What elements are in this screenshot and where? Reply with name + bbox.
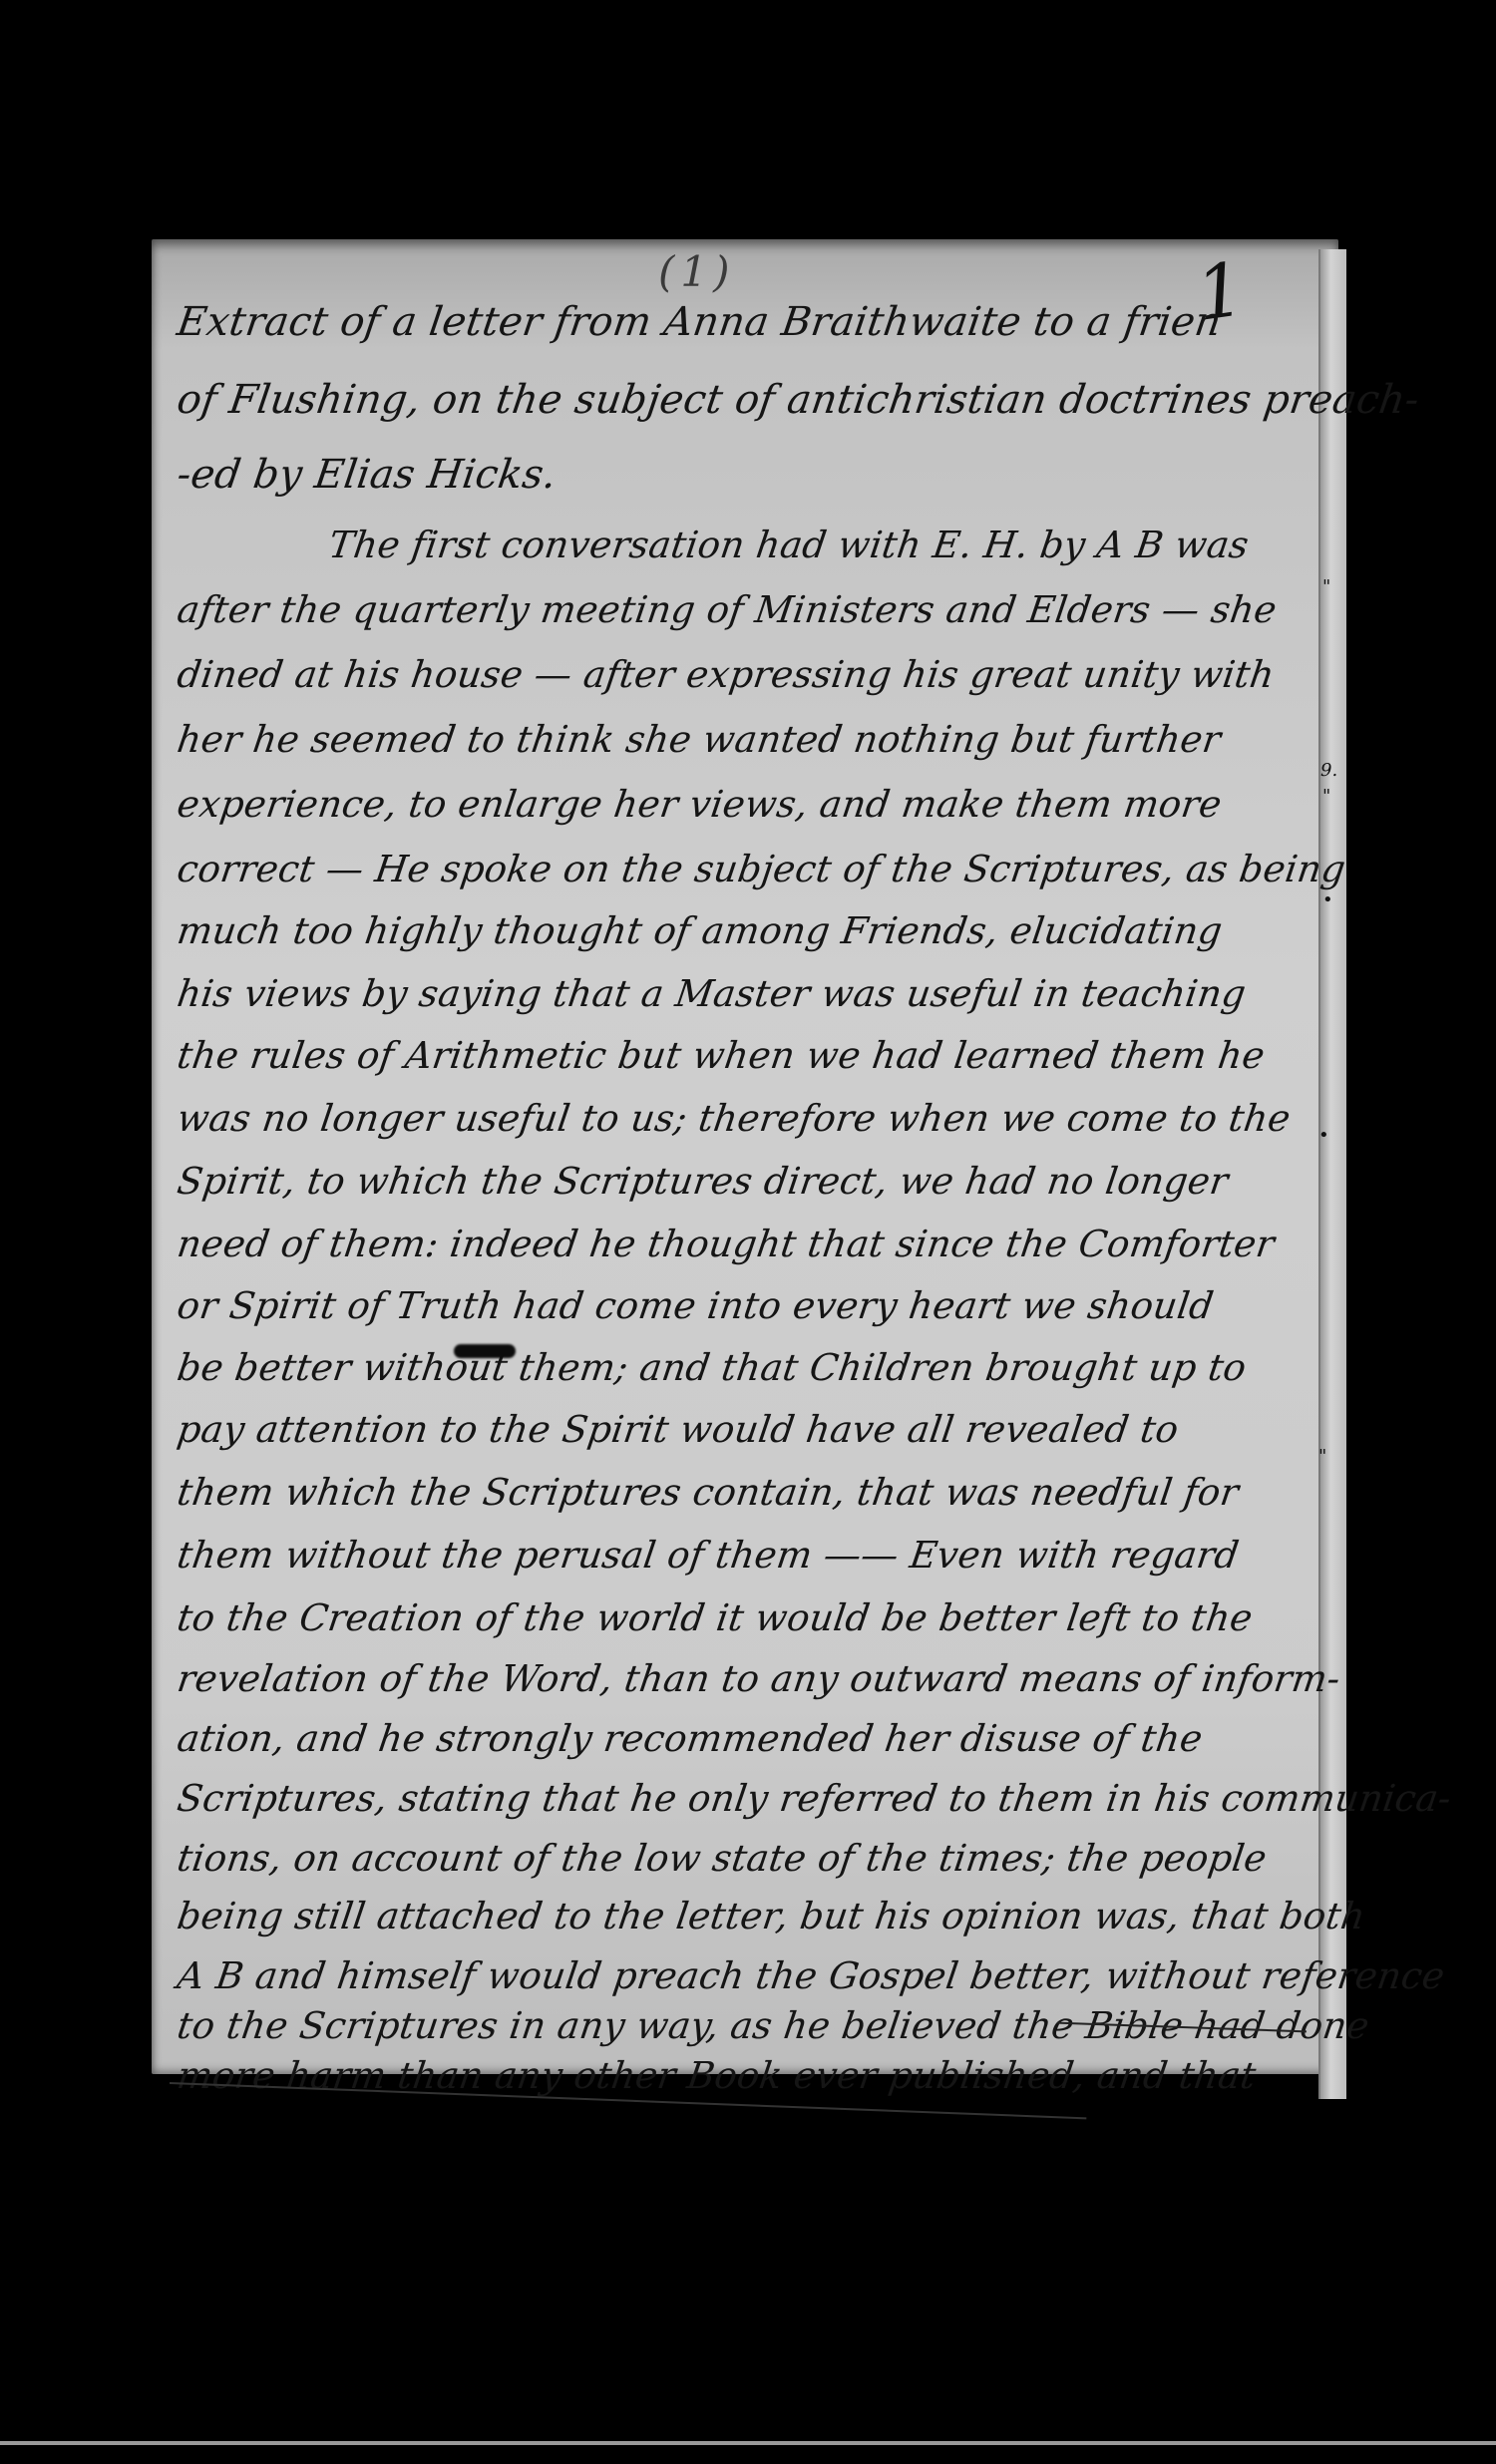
body-line: revelation of the Word, than to any outw…	[175, 1657, 1343, 1700]
margin-mark: •	[1322, 889, 1333, 910]
body-line: be better without them; and that Childre…	[175, 1346, 1249, 1389]
body-line: Spirit, to which the Scriptures direct, …	[175, 1160, 1231, 1203]
body-line: Scriptures, stating that he only referre…	[175, 1777, 1454, 1820]
ink-blot	[454, 1344, 516, 1358]
body-line: the rules of Arithmetic but when we had …	[175, 1034, 1268, 1077]
body-line: correct — He spoke on the subject of the…	[175, 848, 1348, 890]
body-line: being still attached to the letter, but …	[175, 1895, 1368, 1937]
body-line: ation, and he strongly recommended her d…	[175, 1717, 1205, 1760]
body-line: or Spirit of Truth had come into every h…	[175, 1284, 1217, 1327]
margin-mark: 9.	[1320, 760, 1337, 781]
body-line: much too highly thought of among Friends…	[175, 909, 1225, 952]
body-line: his views by saying that a Master was us…	[175, 972, 1249, 1015]
body-line: dined at his house — after expressing hi…	[175, 653, 1277, 696]
heading-line-2: of Flushing, on the subject of antichris…	[175, 377, 1422, 423]
heading-line-1: Extract of a letter from Anna Braithwait…	[175, 299, 1225, 345]
body-line: after the quarterly meeting of Ministers…	[175, 588, 1280, 631]
scan-edge	[0, 2441, 1496, 2445]
body-line: A B and himself would preach the Gospel …	[175, 1954, 1447, 1997]
margin-mark: "	[1322, 576, 1330, 597]
page-number: (1)	[658, 247, 736, 296]
margin-mark: "	[1318, 1446, 1326, 1467]
page-edge	[1318, 249, 1346, 2099]
body-line: tions, on account of the low state of th…	[175, 1837, 1270, 1880]
body-line: was no longer useful to us; therefore wh…	[175, 1097, 1294, 1140]
heading-line-3: -ed by Elias Hicks.	[175, 452, 560, 498]
margin-mark: "	[1322, 786, 1330, 807]
body-line: The first conversation had with E. H. by…	[326, 524, 1252, 566]
body-line: need of them: indeed he thought that sin…	[175, 1223, 1278, 1265]
body-line: them which the Scriptures contain, that …	[175, 1471, 1242, 1514]
body-line: pay attention to the Spirit would have a…	[175, 1408, 1181, 1451]
margin-mark: •	[1318, 1125, 1329, 1146]
body-line: to the Creation of the world it would be…	[175, 1596, 1256, 1639]
body-line: them without the perusal of them —— Even…	[175, 1534, 1242, 1577]
body-line: her he seemed to think she wanted nothin…	[175, 718, 1224, 761]
body-line: more harm than any other Book ever publi…	[175, 2054, 1259, 2097]
body-line: experience, to enlarge her views, and ma…	[175, 783, 1225, 826]
